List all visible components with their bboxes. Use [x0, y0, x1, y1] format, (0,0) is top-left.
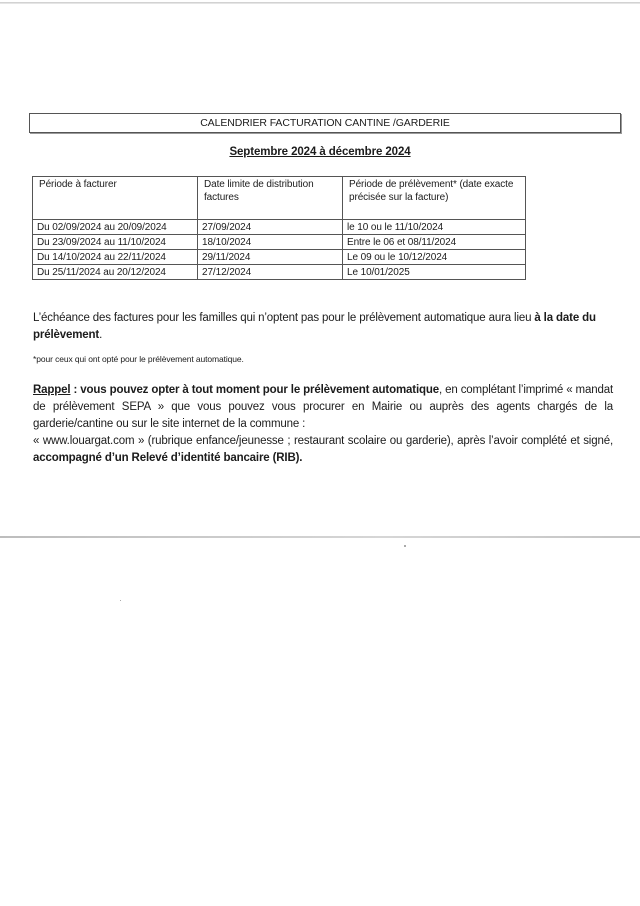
- footnote: *pour ceux qui ont opté pour le prélèvem…: [33, 354, 244, 364]
- scan-speck: [404, 545, 406, 547]
- billing-calendar-table: Période à facturer Date limite de distri…: [32, 176, 526, 280]
- cell-billing-period: Du 14/10/2024 au 22/11/2024: [33, 250, 198, 265]
- reminder-text-2: « www.louargat.com » (rubrique enfance/j…: [33, 435, 613, 447]
- reminder-paragraph: Rappel : vous pouvez opter à tout moment…: [33, 382, 613, 467]
- header-billing-period: Période à facturer: [33, 177, 198, 220]
- table-row: Du 02/09/2024 au 20/09/2024 27/09/2024 l…: [33, 220, 526, 235]
- table-row: Du 25/11/2024 au 20/12/2024 27/12/2024 L…: [33, 265, 526, 280]
- header-debit-period: Période de prélèvement* (date exacte pré…: [343, 177, 526, 220]
- table-header-row: Période à facturer Date limite de distri…: [33, 177, 526, 220]
- cell-debit-period: Le 10/01/2025: [343, 265, 526, 280]
- table-row: Du 14/10/2024 au 22/11/2024 29/11/2024 L…: [33, 250, 526, 265]
- reminder-bold-1: vous pouvez opter à tout moment pour le …: [80, 384, 439, 396]
- reminder-sep: :: [70, 384, 80, 396]
- cell-distribution-deadline: 27/09/2024: [198, 220, 343, 235]
- cell-debit-period: Entre le 06 et 08/11/2024: [343, 235, 526, 250]
- cell-distribution-deadline: 27/12/2024: [198, 265, 343, 280]
- period-subtitle: Septembre 2024 à décembre 2024: [0, 146, 640, 158]
- due-date-end: .: [99, 329, 102, 341]
- due-date-paragraph: L’échéance des factures pour les famille…: [33, 310, 613, 344]
- header-distribution-deadline: Date limite de distribution factures: [198, 177, 343, 220]
- reminder-bold-2: accompagné d’un Relevé d’identité bancai…: [33, 452, 302, 464]
- cell-billing-period: Du 02/09/2024 au 20/09/2024: [33, 220, 198, 235]
- cell-debit-period: Le 09 ou le 10/12/2024: [343, 250, 526, 265]
- scan-fold-line: [0, 536, 640, 538]
- due-date-text: L’échéance des factures pour les famille…: [33, 312, 534, 324]
- reminder-label: Rappel: [33, 384, 70, 396]
- scan-edge-top: [0, 2, 640, 4]
- cell-debit-period: le 10 ou le 11/10/2024: [343, 220, 526, 235]
- cell-billing-period: Du 25/11/2024 au 20/12/2024: [33, 265, 198, 280]
- document-title: CALENDRIER FACTURATION CANTINE /GARDERIE: [29, 113, 621, 133]
- cell-billing-period: Du 23/09/2024 au 11/10/2024: [33, 235, 198, 250]
- table-row: Du 23/09/2024 au 11/10/2024 18/10/2024 E…: [33, 235, 526, 250]
- scan-speck: [120, 600, 121, 601]
- cell-distribution-deadline: 29/11/2024: [198, 250, 343, 265]
- cell-distribution-deadline: 18/10/2024: [198, 235, 343, 250]
